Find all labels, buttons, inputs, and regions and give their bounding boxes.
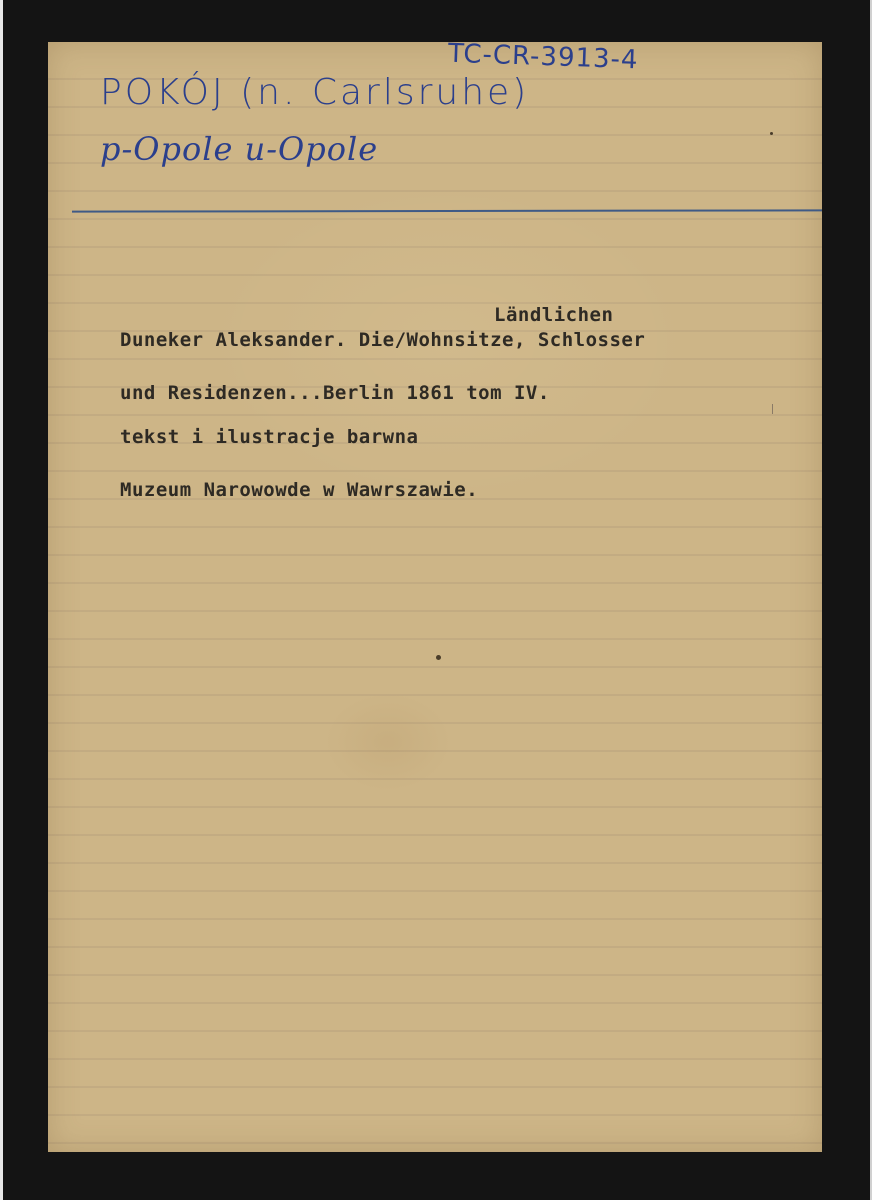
typed-line-1: Duneker Aleksander. Die/Wohnsitze, Schlo… xyxy=(120,329,645,351)
typed-insertion: Ländlichen xyxy=(494,304,613,326)
typed-line-2: und Residenzen...Berlin 1861 tom IV. xyxy=(120,382,550,404)
ink-speck xyxy=(436,655,441,660)
scan-left-edge xyxy=(0,0,3,1200)
header-separator xyxy=(72,209,822,212)
place-name-heading: POKÓJ (n. Carlsruhe) xyxy=(100,72,529,113)
locality-line: p-Opole u-Opole xyxy=(100,130,378,168)
typed-line-4: Muzeum Narowowde w Wawrszawie. xyxy=(120,479,478,501)
paper-mark xyxy=(772,404,773,414)
typed-line-3: tekst i ilustracje barwna xyxy=(120,426,418,448)
ink-speck xyxy=(770,132,773,135)
index-card: TC-CR-3913-4 POKÓJ (n. Carlsruhe) p-Opol… xyxy=(48,42,822,1152)
reference-number: TC-CR-3913-4 xyxy=(448,39,639,76)
